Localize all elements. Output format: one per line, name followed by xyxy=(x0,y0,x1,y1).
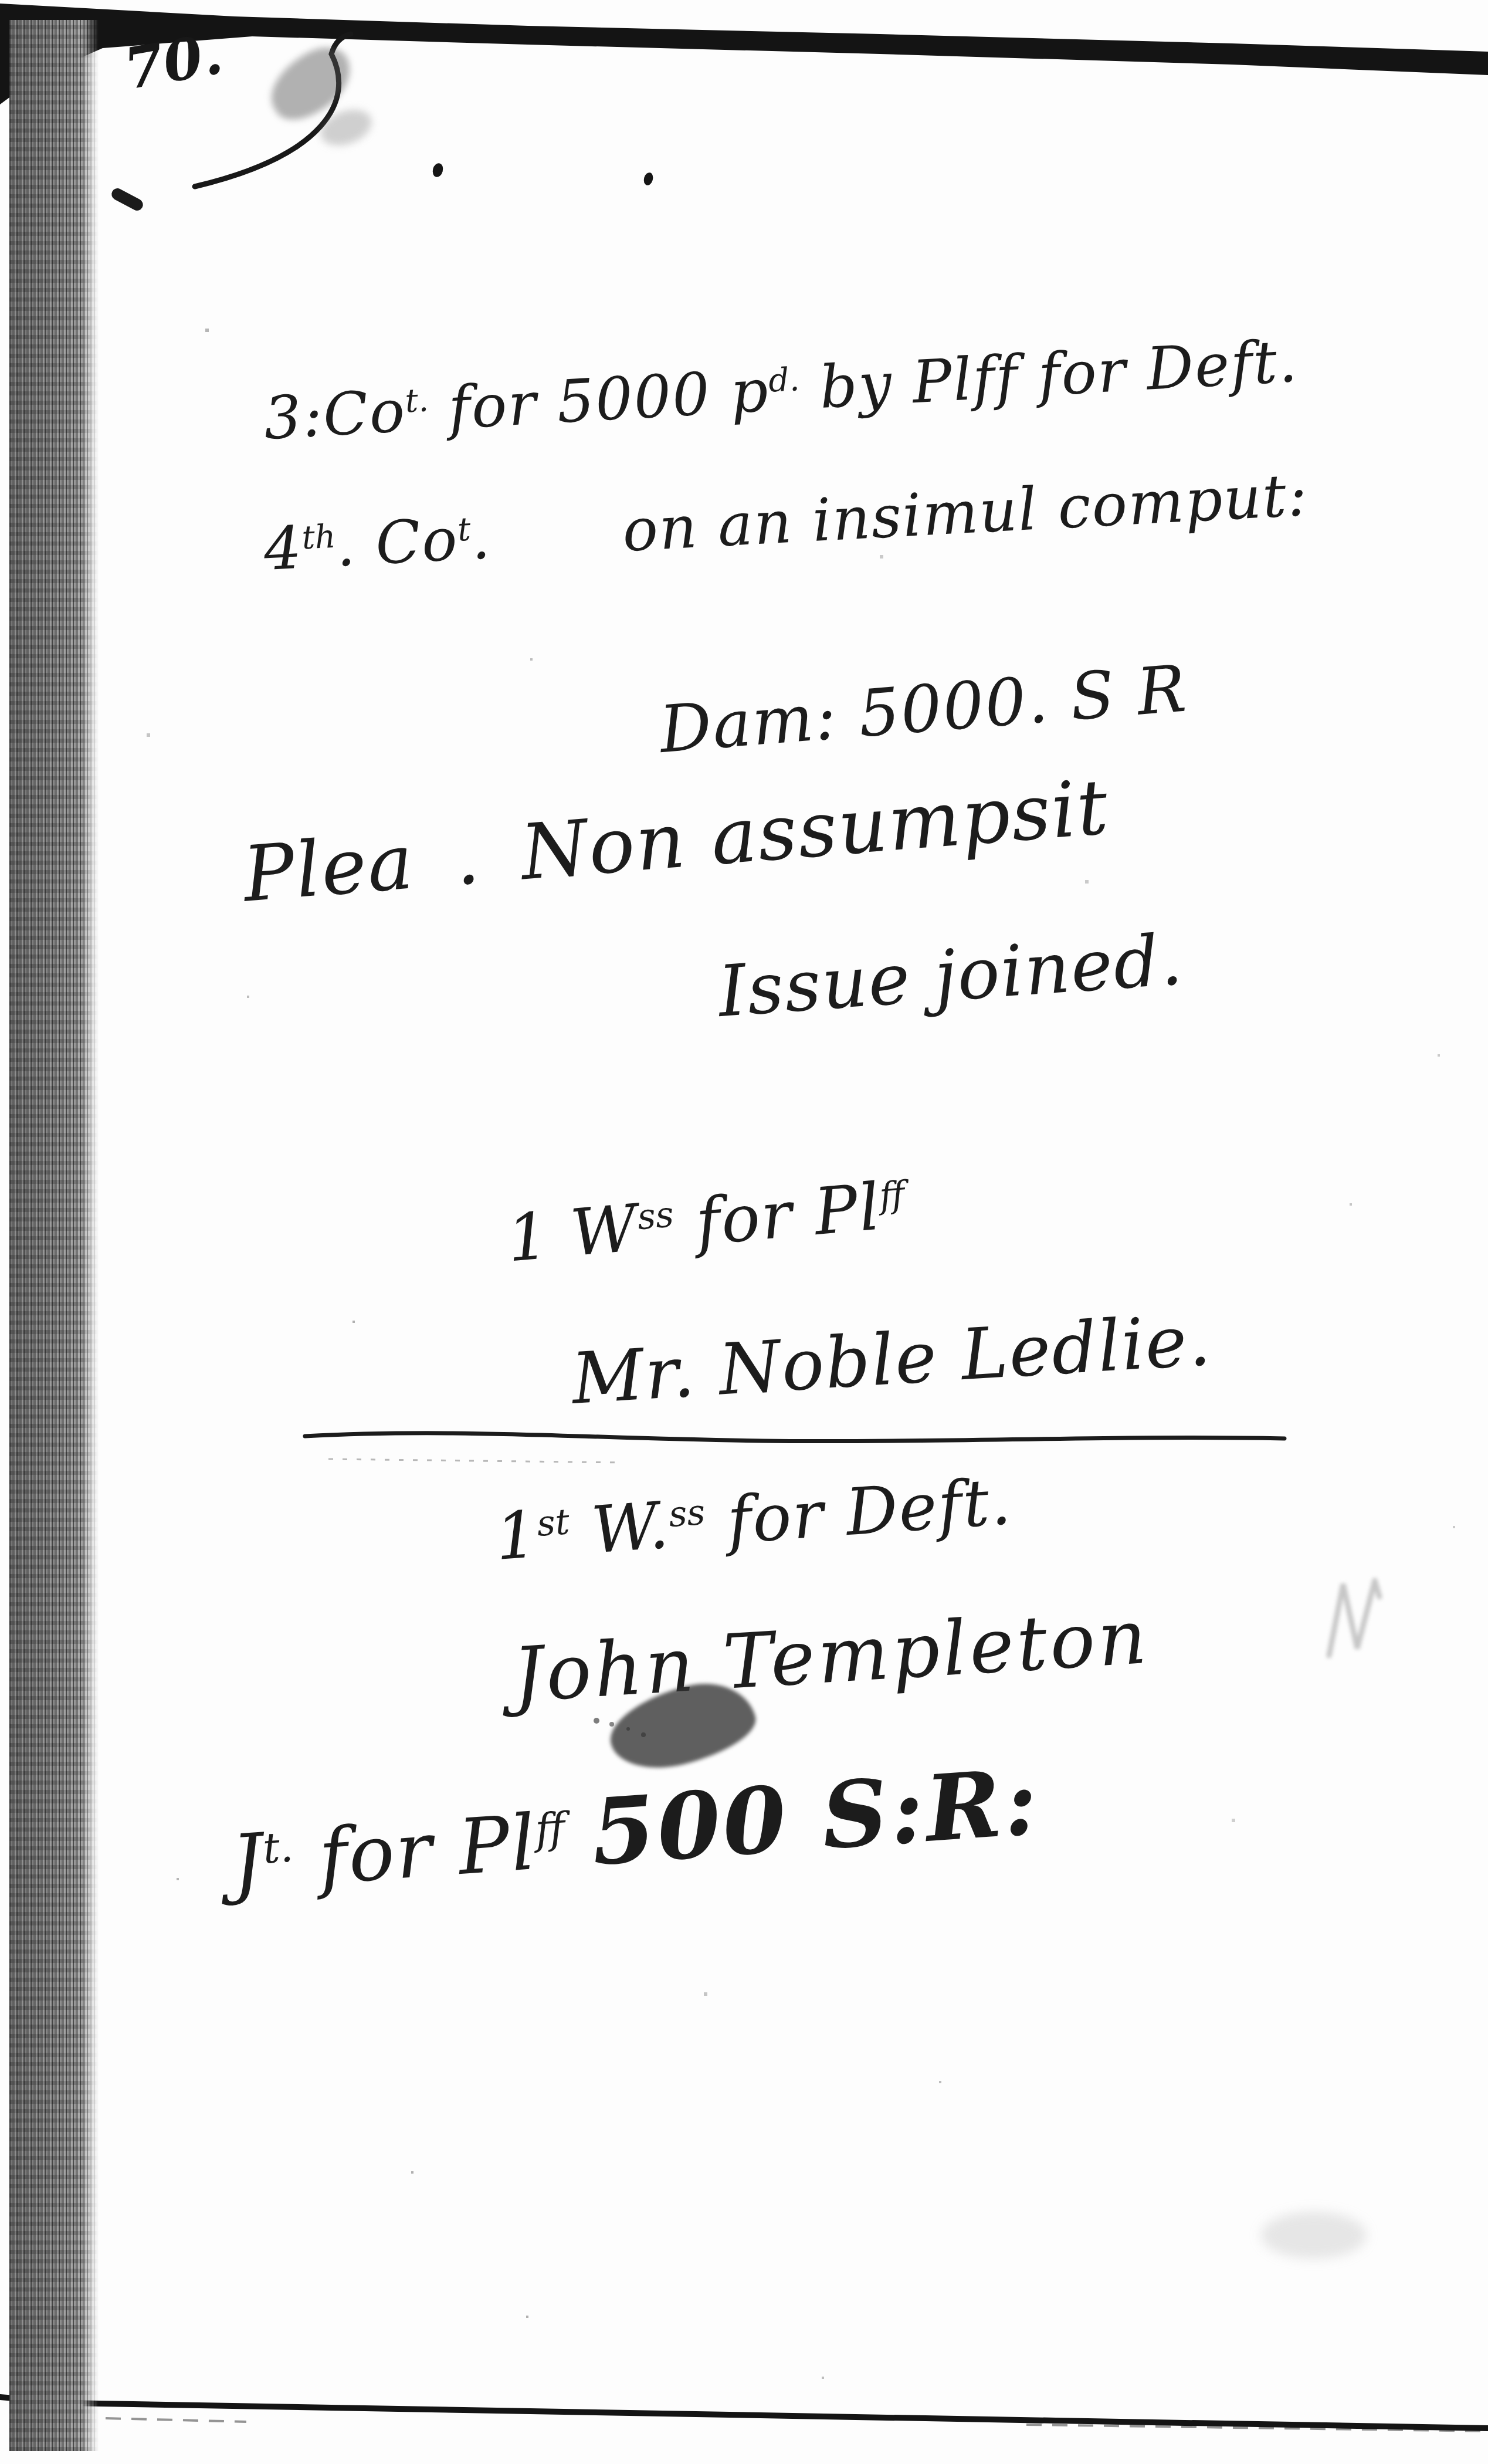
text-segment: by Plff for Deft. xyxy=(798,327,1300,423)
entry-plea: Plea.Non assumpsit xyxy=(240,762,1112,919)
text-segment: . Co xyxy=(334,505,460,580)
text-segment: for Pl xyxy=(291,1798,540,1904)
witness-plaintiff-name: Mr. Noble Ledlie. xyxy=(570,1299,1214,1420)
superscript: th xyxy=(301,517,337,557)
bottom-edge-line xyxy=(0,2397,1488,2428)
text-segment: . xyxy=(469,503,493,573)
entry-third-count: 3:Cot. for 5000 pd. by Plff for Deft. xyxy=(262,327,1300,453)
plea-label: Plea xyxy=(240,817,418,919)
ink-dot xyxy=(431,162,445,178)
separator-rule xyxy=(305,1433,1284,1441)
ink-smudge xyxy=(316,103,376,151)
superscript: ss xyxy=(667,1492,707,1535)
bottom-edge-faint-dash xyxy=(106,2418,1488,2431)
entry-witness-plaintiff: 1 Wss for Plff xyxy=(504,1167,909,1277)
entry-witness-defendant: 1st W.ss for Deft. xyxy=(493,1464,1015,1575)
text-segment: on an insimul comput: xyxy=(621,461,1310,565)
paper-speckles xyxy=(0,0,1,1)
binding-strip xyxy=(9,20,99,2451)
superscript: ff xyxy=(534,1803,567,1854)
text-segment: for Pl xyxy=(671,1169,883,1262)
page-number: 70. xyxy=(119,20,227,102)
pencil-smudge-mark xyxy=(1318,1573,1395,1667)
superscript: t. xyxy=(261,1822,294,1873)
entry-issue-joined: Issue joined. xyxy=(716,919,1186,1033)
superscript: d. xyxy=(767,360,800,400)
entry-fourth-count: 4th. Cot.on an insimul comput: xyxy=(262,461,1310,584)
superscript: st xyxy=(535,1501,571,1545)
text-segment: W. xyxy=(568,1487,672,1569)
superscript: t. xyxy=(404,381,429,419)
judgment-amount: 500 S:R: xyxy=(588,1748,1043,1886)
witness-defendant-name: John Templeton xyxy=(510,1593,1151,1720)
faint-smudge xyxy=(1261,2212,1367,2259)
ink-smudge xyxy=(259,36,363,130)
manuscript-page: 70. 3:Cot. for 5000 pd. by Plff for Deft… xyxy=(0,0,1488,2464)
plea-separator: . xyxy=(451,811,483,902)
plea-text: Non assumpsit xyxy=(517,762,1112,897)
ink-dot xyxy=(642,171,654,186)
separator-rule-faint xyxy=(328,1459,622,1463)
superscript: ff xyxy=(878,1174,907,1217)
top-edge-band xyxy=(0,4,1488,104)
text-segment: 1 W xyxy=(504,1190,641,1277)
text-segment: for Deft. xyxy=(703,1464,1014,1560)
text-segment: for 5000 p xyxy=(427,356,771,444)
text-segment: 3:Co xyxy=(262,377,408,453)
text-segment: 1 xyxy=(493,1497,541,1575)
ink-specks xyxy=(594,1718,599,1724)
entry-damages: Dam: 5000. S R xyxy=(657,651,1189,767)
ink-dash-mark xyxy=(110,187,145,213)
superscript: ss xyxy=(636,1194,676,1238)
text-segment: 4 xyxy=(262,513,304,584)
entry-judgment: Jt. for Plff500 S:R: xyxy=(228,1748,1043,1911)
